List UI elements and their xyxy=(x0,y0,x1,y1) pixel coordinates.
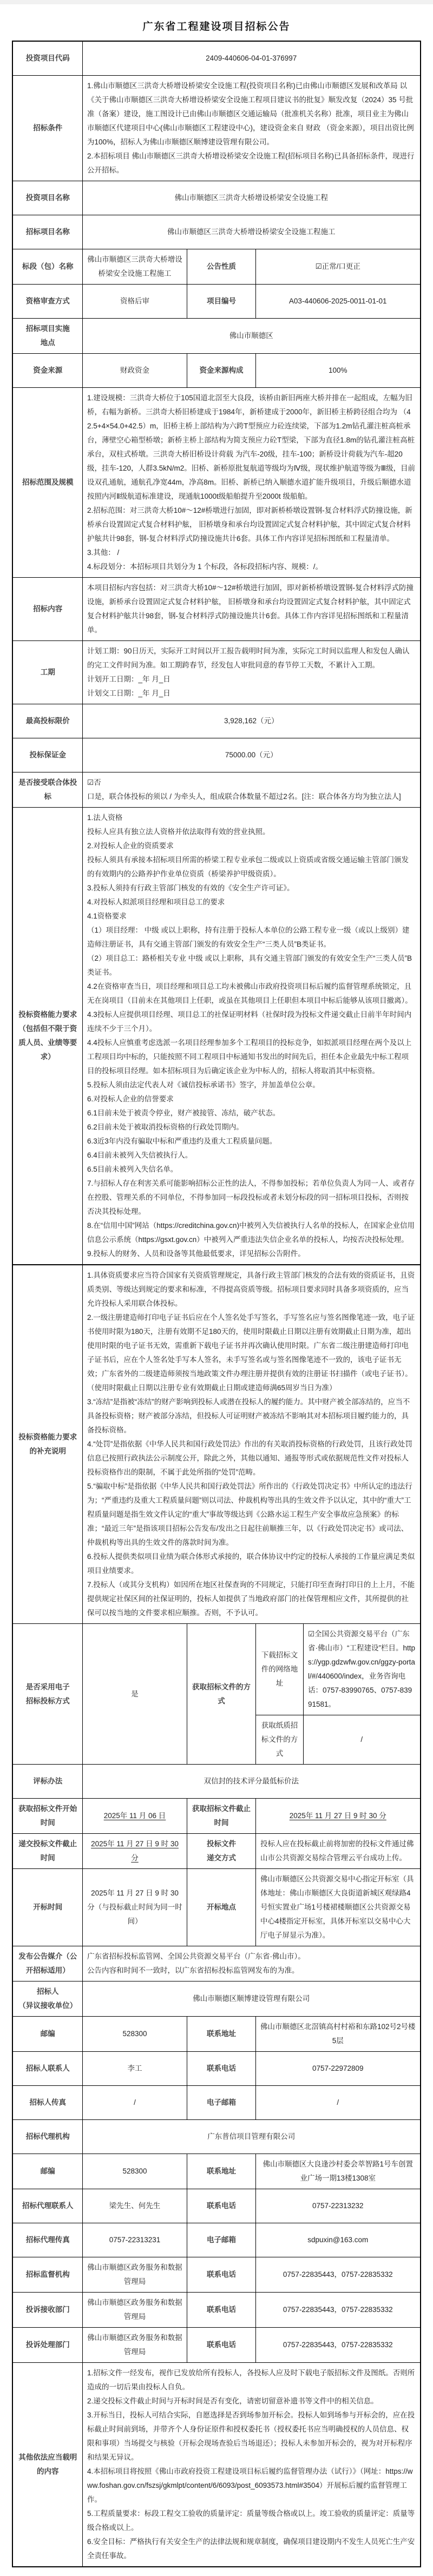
row-bidder-qualification-requirements: 投标资格能力要求（包括但不限于资质人员、业绩等要求） 1.法人资格 投标人应具有… xyxy=(12,808,420,1265)
download-address-value: ☑全国公共资源交易平台（广东省·佛山市）“工程建设”栏目。https://ygp… xyxy=(303,1624,420,1715)
tenderer-fax-label: 招标人传真 xyxy=(12,2086,82,2120)
requirement-item: 6.2目前未处于被取消投标资格的行政处罚期内。 xyxy=(87,1120,416,1134)
page-top-strip xyxy=(0,0,433,4)
period-start-date: 计划开工日期：_年 月_日 xyxy=(87,672,416,686)
bid-opening-time-value: 2025年 11 月 27 日 9 时 30 分（与投标截止时间为同一时间） xyxy=(82,1869,187,1946)
supplementary-item: 7.投标人（或其分支机构）如因所在地区社保查询的不同规定，只能打印至查询打印日的… xyxy=(87,1578,416,1620)
supplementary-item: 1.具体资质要求应当符合国家有关资质管理规定，具备行政主管部门核发的合法有效的资… xyxy=(87,1269,416,1311)
period-paragraph: 计划工期：90日历天，实际开工时间以开工报告载明时间为准，实际完工时间以监理人和… xyxy=(87,644,416,672)
agency-contact-value: 梁先生、何先生 xyxy=(82,2189,187,2223)
other-content-item: 1.招标文件一经发布，视作已发放给所有投标人，各投标人应及时下载电子版招标文件及… xyxy=(87,2366,416,2394)
other-content-item: 3.开标当日，投标人可结合实际，自愿选择是否到场参加开标会。投标人如到场参与开标… xyxy=(87,2408,416,2465)
requirement-item: 4.对投标人拟派项目经理和项目总工的要求 xyxy=(87,895,416,909)
agency-value: 广东普信项目管理有限公司 xyxy=(82,2120,420,2154)
construction-period-label: 工期 xyxy=(12,641,82,704)
consortium-yes-option: 口是，联合体投标的须以 / 为牵头人，组成联合体数量不超过2名。[注：联合体各方… xyxy=(87,790,416,804)
notice-nature-label: 公告性质 xyxy=(187,249,255,285)
supplementary-item: 5.“骗取中标”是指依据《中华人民共和国行政处罚法》所作出的《行政处罚决定书》中… xyxy=(87,1479,416,1550)
tenderer-address-value: 佛山市顺德区北滘镇高村村裕和东路102号2号楼5层 xyxy=(255,2017,420,2052)
tenderer-fax-value: / xyxy=(82,2086,187,2120)
row-evaluation-method: 评标办法 双信封的技术评分最低标价法 xyxy=(12,1765,420,1799)
period-handover-date: 计划交工日期：_年 月_日 xyxy=(87,686,416,701)
max-bid-price-value: 3,928,162（元） xyxy=(82,704,420,738)
agency-postcode-value: 528300 xyxy=(82,2154,187,2189)
row-tenderer-fax: 招标人传真 / 电子邮箱 / xyxy=(12,2086,420,2120)
agency-address-label: 联系地址 xyxy=(187,2154,255,2189)
project-number-value: A03-440606-2025-0011-01-01 xyxy=(255,285,420,319)
submission-deadline-label: 递交投标文件截止时间 xyxy=(12,1834,82,1869)
supplementary-item: 4.“处罚”是指依据《中华人民共和国行政处罚法》作出的有关取消投标资格的行政处罚… xyxy=(87,1437,416,1479)
fund-composition-value: 100% xyxy=(255,354,420,388)
paper-documents-value: / xyxy=(303,1715,420,1765)
supplementary-item: 3.“冻结”是指被“冻结”的财产影响到投标人或潜在投标人的履约能力。其中财产被全… xyxy=(87,1395,416,1437)
requirement-item: 2.对投标人企业的资质要求 xyxy=(87,839,416,853)
complaint-handling-value: 佛山市顺德区政务服务和数据管理局 xyxy=(82,2328,187,2363)
bid-deposit-value: 75000.00（元） xyxy=(82,738,420,772)
scope-and-scale-label: 招标范围及规模 xyxy=(12,388,82,578)
requirement-item: 投标人须具有承接本招标项目所需的桥梁工程专业承包二级或以上资质或省级交通运输主管… xyxy=(87,853,416,881)
requirement-item: 6.5目前未被列入失信名单。 xyxy=(87,1162,416,1177)
requirement-item: 9.投标人的财务、人员和设备等其他最低要求，详见招标公告附件。 xyxy=(87,1247,416,1261)
bid-opening-time-label: 开标时间 xyxy=(12,1869,82,1946)
row-supervision-agency: 招标监督机构 佛山市顺德区政务服务和数据管理局 联系电话 0757-228354… xyxy=(12,2257,420,2293)
row-project-code: 投资项目代码 2409-440606-04-01-376997 xyxy=(12,41,420,76)
fund-source-label: 资金来源 xyxy=(12,354,82,388)
requirement-item: 6.4目前未被列入失信被执行人。 xyxy=(87,1148,416,1162)
complaint-receiving-phone-label: 联系电话 xyxy=(187,2293,255,2328)
electronic-bidding-label: 是否采用电子 招标投标方式 xyxy=(12,1624,82,1765)
obtain-start-time-label: 获取招标文件开始时间 xyxy=(12,1799,82,1834)
tender-content-label: 招标内容 xyxy=(12,578,82,641)
row-complaint-handling: 投诉处理部门 佛山市顺德区政务服务和数据管理局 联系电话 0757-228354… xyxy=(12,2328,420,2363)
media-line: 公告内容和时间不一致时，以广东省招标投标监管网发布的为准。 xyxy=(87,1964,416,1978)
implementation-location-label: 招标项目实施 地点 xyxy=(12,319,82,354)
complaint-receiving-value: 佛山市顺德区政务服务和数据管理局 xyxy=(82,2293,187,2328)
max-bid-price-label: 最高投标限价 xyxy=(12,704,82,738)
requirement-item: 6.对投标人企业的信誉要求 xyxy=(87,1092,416,1106)
media-line: 广东省招标投标监管网、全国公共资源交易平台（广东省·佛山市）。 xyxy=(87,1950,416,1964)
row-announcement-media: 发布公告媒介（公开招标适用） 广东省招标投标监管网、全国公共资源交易平台（广东省… xyxy=(12,1946,420,1981)
row-tender-conditions: 招标条件 1.佛山市顺德区三洪奇大桥增设桥梁安全设施工程(投资项目名称)已由佛山… xyxy=(12,76,420,181)
announcement-media-text: 广东省招标投标监管网、全国公共资源交易平台（广东省·佛山市）。 公告内容和时间不… xyxy=(82,1946,420,1981)
agency-address-value: 佛山市顺德区大良逢沙村委会萃智路1号车创置业广场一期13楼1308室 xyxy=(255,2154,420,2189)
complaint-handling-phone-value: 0757-22835443，0757-22835332 xyxy=(255,2328,420,2363)
qualification-review-value: 资格后审 xyxy=(82,285,187,319)
qualification-review-label: 资格审查方式 xyxy=(12,285,82,319)
agency-fax-value: 0757-22313231 xyxy=(82,2223,187,2257)
row-qualification-review: 资格审查方式 资格后审 项目编号 A03-440606-2025-0011-01… xyxy=(12,285,420,319)
qualification-supplementary-label: 投标资格能力要求的补充说明 xyxy=(12,1265,82,1624)
supplementary-item: 6.投标人提供类似项目业绩为联合体形式承接的，联合体协议中约定的投标人承接的工作… xyxy=(87,1550,416,1578)
tenderer-phone-label: 联系电话 xyxy=(187,2052,255,2086)
tenderer-phone-value: 0757-22972809 xyxy=(255,2052,420,2086)
row-section-name: 标段（包）名称 佛山市顺德区三洪奇大桥增设桥梁安全设施工程施工 公告性质 ☑正常… xyxy=(12,249,420,285)
row-bid-submission: 递交投标文件截止时间 2025年 11 月 27 日 9 时 30 分 投标文件… xyxy=(12,1834,420,1869)
tender-conditions-paragraph: 2.本招标项目 佛山市顺德区三洪奇大桥增设桥梁安全设施工程(招标项目名称)已具备… xyxy=(87,149,416,177)
requirement-item: 4.4投标人应慎重考虑选派一名项目经理参加多个工程项目的投标竞争，如拟派项目经理… xyxy=(87,1036,416,1078)
tenderer-contact-value: 李工 xyxy=(82,2052,187,2086)
row-investment-project-name: 投资项目名称 佛山市顺德区三洪奇大桥增设桥梁安全设施工程 xyxy=(12,181,420,215)
tender-project-name-label: 招标项目名称 xyxy=(12,215,82,249)
submission-deadline-value: 2025年 11 月 27 日 9 时 30 分 xyxy=(82,1834,187,1869)
evaluation-method-value: 双信封的技术评分最低标价法 xyxy=(82,1765,420,1799)
other-content-item: 2.递交投标文件截止时间与开标时间是否有变化，请密切留意补遗书等文件中的相关信息… xyxy=(87,2394,416,2408)
agency-email-value: sdpuxin@163.com xyxy=(255,2223,420,2257)
row-tender-project-name: 招标项目名称 佛山市顺德区三洪奇大桥增设桥梁安全设施工程施工 xyxy=(12,215,420,249)
tenderer-contact-label: 招标人联系人 xyxy=(12,2052,82,2086)
agency-fax-label: 招标代理传真 xyxy=(12,2223,82,2257)
consortium-bidding-label: 是否接受联合体投标 xyxy=(12,772,82,808)
requirement-item: 7.与招标人存在利害关系可能影响招标公正性的法人，不得参加投标；若单位负责人为同… xyxy=(87,1177,416,1219)
row-bid-opening: 开标时间 2025年 11 月 27 日 9 时 30 分（与投标截止时间为同一… xyxy=(12,1869,420,1946)
row-agency: 招标代理机构 广东普信项目管理有限公司 xyxy=(12,2120,420,2154)
row-qualification-supplementary-notes: 投标资格能力要求的补充说明 1.具体资质要求应当符合国家有关资质管理规定，具备行… xyxy=(12,1265,420,1624)
scope-paragraph: 2.招标范围：对三洪奇大桥10#～12#桥墩进行加固，即对新桥桥墩设置钢-复合材… xyxy=(87,504,416,546)
row-consortium-bidding: 是否接受联合体投标 ☑否 口是，联合体投标的须以 / 为牵头人，组成联合体数量不… xyxy=(12,772,420,808)
complaint-handling-phone-label: 联系电话 xyxy=(187,2328,255,2363)
scope-paragraph: 3.其他： / xyxy=(87,546,416,560)
tender-conditions-paragraph: 1.佛山市顺德区三洪奇大桥增设桥梁安全设施工程(投资项目名称)已由佛山市顺德区发… xyxy=(87,79,416,149)
other-content-item: 4.本招标项目将按照《佛山市政府投资工程建设项目标后履约监督管理办法（试行）》（… xyxy=(87,2465,416,2507)
requirement-item: 4.2在资格审查当日，项目经理和项目总工均未被佛山市政府投资项目标后履约监督管理… xyxy=(87,980,416,1008)
agency-label: 招标代理机构 xyxy=(12,2120,82,2154)
row-other-contents: 其他依法应当载明 的内容 1.招标文件一经发布，视作已发放给所有投标人，各投标人… xyxy=(12,2363,420,2567)
tenderer-email-label: 电子邮箱 xyxy=(187,2086,255,2120)
agency-postcode-label: 邮编 xyxy=(12,2154,82,2189)
agency-email-label: 电子邮箱 xyxy=(187,2223,255,2257)
requirement-item: 4.3投标人应提供项目经理、项目总工的社保证明材料（社保时段为投标文件递交截止日… xyxy=(87,1008,416,1036)
obtain-deadline-value: 2025年 11 月 27 日 9 时 30 分 xyxy=(255,1799,420,1834)
bidder-qualification-label: 投标资格能力要求（包括但不限于资质人员、业绩等要求） xyxy=(12,808,82,1265)
download-address-label: 下载招标文件的网络地址 xyxy=(255,1624,303,1715)
tender-conditions-label: 招标条件 xyxy=(12,76,82,181)
requirement-item: （1）项目经理： 中级 或以上职称，持有注册于投标人本单位的公路工程专业一级（或… xyxy=(87,923,416,952)
scope-and-scale-text: 1.建设规模：三洪奇大桥位于105国道北滘至大良段，该桥由新旧两座大桥并排在一起… xyxy=(82,388,420,578)
requirement-item: 1.法人资格 xyxy=(87,811,416,825)
row-tenderer-postcode: 邮编 528300 联系地址 佛山市顺德区北滘镇高村村裕和东路102号2号楼5层 xyxy=(12,2017,420,2052)
other-contents-text: 1.招标文件一经发布，视作已发放给所有投标人，各投标人应及时下载电子版招标文件及… xyxy=(82,2363,420,2567)
announcement-document: 广东省工程建设项目招标公告 投资项目代码 2409-440606-04-01-3… xyxy=(0,0,433,2567)
row-construction-period: 工期 计划工期：90日历天，实际开工时间以开工报告载明时间为准，实际完工时间以监… xyxy=(12,641,420,704)
supervision-phone-value: 0757-22835443，0757-22835332 xyxy=(255,2257,420,2293)
section-name-value: 佛山市顺德区三洪奇大桥增设桥梁安全设施工程施工 xyxy=(82,249,187,285)
fund-composition-label: 资金来源构成 xyxy=(187,354,255,388)
complaint-handling-label: 投诉处理部门 xyxy=(12,2328,82,2363)
announcement-table: 投资项目代码 2409-440606-04-01-376997 招标条件 1.佛… xyxy=(12,41,421,2567)
evaluation-method-label: 评标办法 xyxy=(12,1765,82,1799)
complaint-receiving-phone-value: 0757-22835443，0757-22835332 xyxy=(255,2293,420,2328)
requirement-item: 8.在“信用中国”网站（https://creditchina.gov.cn)中… xyxy=(87,1219,416,1247)
row-bid-deposit: 投标保证金 75000.00（元） xyxy=(12,738,420,772)
row-tenderer: 招标人 （异议接收单位） 佛山市顺德区顺博建设管理有限公司 xyxy=(12,1981,420,2017)
implementation-location-value: 佛山市顺德区 xyxy=(82,319,420,354)
row-electronic-bidding: 是否采用电子 招标投标方式 是 获取招标文件的方式 下载招标文件的网络地址 ☑全… xyxy=(12,1624,420,1715)
project-number-label: 项目编号 xyxy=(187,285,255,319)
row-implementation-location: 招标项目实施 地点 佛山市顺德区 xyxy=(12,319,420,354)
tenderer-postcode-value: 528300 xyxy=(82,2017,187,2052)
bid-opening-place-value: 佛山市顺德区公共资源交易中心指定开标室（具体地址：佛山市顺德区大良街道新城区观绿… xyxy=(255,1869,420,1946)
complaint-receiving-label: 投诉接收部门 xyxy=(12,2293,82,2328)
notice-nature-value: ☑正常/口更正 xyxy=(255,249,420,285)
row-max-bid-price: 最高投标限价 3,928,162（元） xyxy=(12,704,420,738)
electronic-bidding-value: 是 xyxy=(82,1624,187,1765)
tenderer-email-value: / xyxy=(255,2086,420,2120)
supervision-agency-label: 招标监督机构 xyxy=(12,2257,82,2293)
project-code-label: 投资项目代码 xyxy=(12,41,82,76)
row-agency-fax: 招标代理传真 0757-22313231 电子邮箱 sdpuxin@163.co… xyxy=(12,2223,420,2257)
row-tender-content: 招标内容 本项目招标内容包括：对三洪奇大桥10#～12#桥墩进行加固，即对新桥桥… xyxy=(12,578,420,641)
tenderer-value: 佛山市顺德区顺博建设管理有限公司 xyxy=(82,1981,420,2017)
submission-method-value: 投标人应在投标截止前将加密的投标文件通过佛山市公共资源交易综合管理云平台成功上传… xyxy=(255,1834,420,1869)
row-fund-source: 资金来源 财政资金 资金来源构成 100% xyxy=(12,354,420,388)
requirement-item: 5.投标人须由法定代表人对《诚信投标承诺书》签字，并加盖单位公章。 xyxy=(87,1078,416,1092)
agency-contact-label: 招标代理联系人 xyxy=(12,2189,82,2223)
obtain-start-time-value: 2025年 11 月 06 日 xyxy=(82,1799,187,1834)
row-agency-contact: 招标代理联系人 梁先生、何先生 联系电话 0757-22313232 xyxy=(12,2189,420,2223)
bidder-qualification-text: 1.法人资格 投标人应具有独立法人资格并依法取得有效的营业执照。 2.对投标人企… xyxy=(82,808,420,1265)
tender-project-name-value: 佛山市顺德区三洪奇大桥增设桥梁安全设施工程施工 xyxy=(82,215,420,249)
requirement-item: 6.3近3年内没有骗取中标和严重违约及重大工程质量问题。 xyxy=(87,1134,416,1148)
requirement-item: 投标人应具有独立法人资格并依法取得有效的营业执照。 xyxy=(87,825,416,839)
obtain-deadline-label: 获取招标文件截止时间 xyxy=(187,1799,255,1834)
row-scope-and-scale: 招标范围及规模 1.建设规模：三洪奇大桥位于105国道北滘至大良段，该桥由新旧两… xyxy=(12,388,420,578)
scope-paragraph: 1.建设规模：三洪奇大桥位于105国道北滘至大良段，该桥由新旧两座大桥并排在一起… xyxy=(87,391,416,504)
row-complaint-receiving: 投诉接收部门 佛山市顺德区政务服务和数据管理局 联系电话 0757-228354… xyxy=(12,2293,420,2328)
supervision-phone-label: 联系电话 xyxy=(187,2257,255,2293)
other-content-item: 5.工程质量要求：标段工程交工验收的质量评定：质量等级合格或以上。竣工验收的质量… xyxy=(87,2507,416,2535)
investment-project-name-label: 投资项目名称 xyxy=(12,181,82,215)
tenderer-address-label: 联系地址 xyxy=(187,2017,255,2052)
page-title: 广东省工程建设项目招标公告 xyxy=(0,18,433,33)
other-content-item: 6.安全目标：严格执行有关安全生产的法律法规和规章制度，确保项目建设期内不发生人… xyxy=(87,2535,416,2563)
bid-opening-place-label: 开标地点 xyxy=(187,1869,255,1946)
qualification-supplementary-text: 1.具体资质要求应当符合国家有关资质管理规定，具备行政主管部门核发的合法有效的资… xyxy=(82,1265,420,1624)
tender-content-paragraph: 本项目招标内容包括：对三洪奇大桥10#～12#桥墩进行加固，即对新桥桥墩设置钢-… xyxy=(87,581,416,637)
consortium-bidding-text: ☑否 口是，联合体投标的须以 / 为牵头人，组成联合体数量不超过2名。[注：联合… xyxy=(82,772,420,808)
requirement-item: 4.1资格要求 xyxy=(87,909,416,923)
other-contents-label: 其他依法应当载明 的内容 xyxy=(12,2363,82,2567)
tenderer-postcode-label: 邮编 xyxy=(12,2017,82,2052)
tender-conditions-text: 1.佛山市顺德区三洪奇大桥增设桥梁安全设施工程(投资项目名称)已由佛山市顺德区发… xyxy=(82,76,420,181)
supervision-agency-value: 佛山市顺德区政务服务和数据管理局 xyxy=(82,2257,187,2293)
announcement-media-label: 发布公告媒介（公开招标适用） xyxy=(12,1946,82,1981)
supplementary-item: 2.一级注册建造师打印电子证书后应在个人签名处手写签名，手写签名应与签名图像笔迹… xyxy=(87,1311,416,1395)
tender-content-text: 本项目招标内容包括：对三洪奇大桥10#～12#桥墩进行加固，即对新桥桥墩设置钢-… xyxy=(82,578,420,641)
requirement-item: 3.投标人须持有行政主管部门核发的有效的《安全生产许可证》。 xyxy=(87,881,416,895)
consortium-no-option: ☑否 xyxy=(87,776,416,790)
requirement-item: （2）项目总工：路桥相关专业 中级 或以上职称，具有交通主管部门颁发的有效安全生… xyxy=(87,952,416,980)
obtain-documents-method-label: 获取招标文件的方式 xyxy=(187,1624,255,1765)
row-agency-postcode: 邮编 528300 联系地址 佛山市顺德区大良逢沙村委会萃智路1号车创置业广场一… xyxy=(12,2154,420,2189)
agency-phone-value: 0757-22313232 xyxy=(255,2189,420,2223)
section-name-label: 标段（包）名称 xyxy=(12,249,82,285)
paper-documents-label: 获取纸质招标文件的方式 xyxy=(255,1715,303,1765)
fund-source-value: 财政资金 xyxy=(82,354,187,388)
scope-paragraph: 4.标段划分：本招标项目共划分为 1 个标段，各标段招标内容、规模：/。 xyxy=(87,560,416,574)
submission-method-label: 投标文件 递交方式 xyxy=(187,1834,255,1869)
bid-deposit-label: 投标保证金 xyxy=(12,738,82,772)
tenderer-label: 招标人 （异议接收单位） xyxy=(12,1981,82,2017)
construction-period-text: 计划工期：90日历天，实际开工时间以开工报告载明时间为准，实际完工时间以监理人和… xyxy=(82,641,420,704)
project-code-value: 2409-440606-04-01-376997 xyxy=(82,41,420,76)
investment-project-name-value: 佛山市顺德区三洪奇大桥增设桥梁安全设施工程 xyxy=(82,181,420,215)
row-tenderer-contact: 招标人联系人 李工 联系电话 0757-22972809 xyxy=(12,2052,420,2086)
requirement-item: 6.1目前未处于被责令停业，财产被接管、冻结，破产状态。 xyxy=(87,1106,416,1120)
row-document-obtain-time: 获取招标文件开始时间 2025年 11 月 06 日 获取招标文件截止时间 20… xyxy=(12,1799,420,1834)
agency-phone-label: 联系电话 xyxy=(187,2189,255,2223)
